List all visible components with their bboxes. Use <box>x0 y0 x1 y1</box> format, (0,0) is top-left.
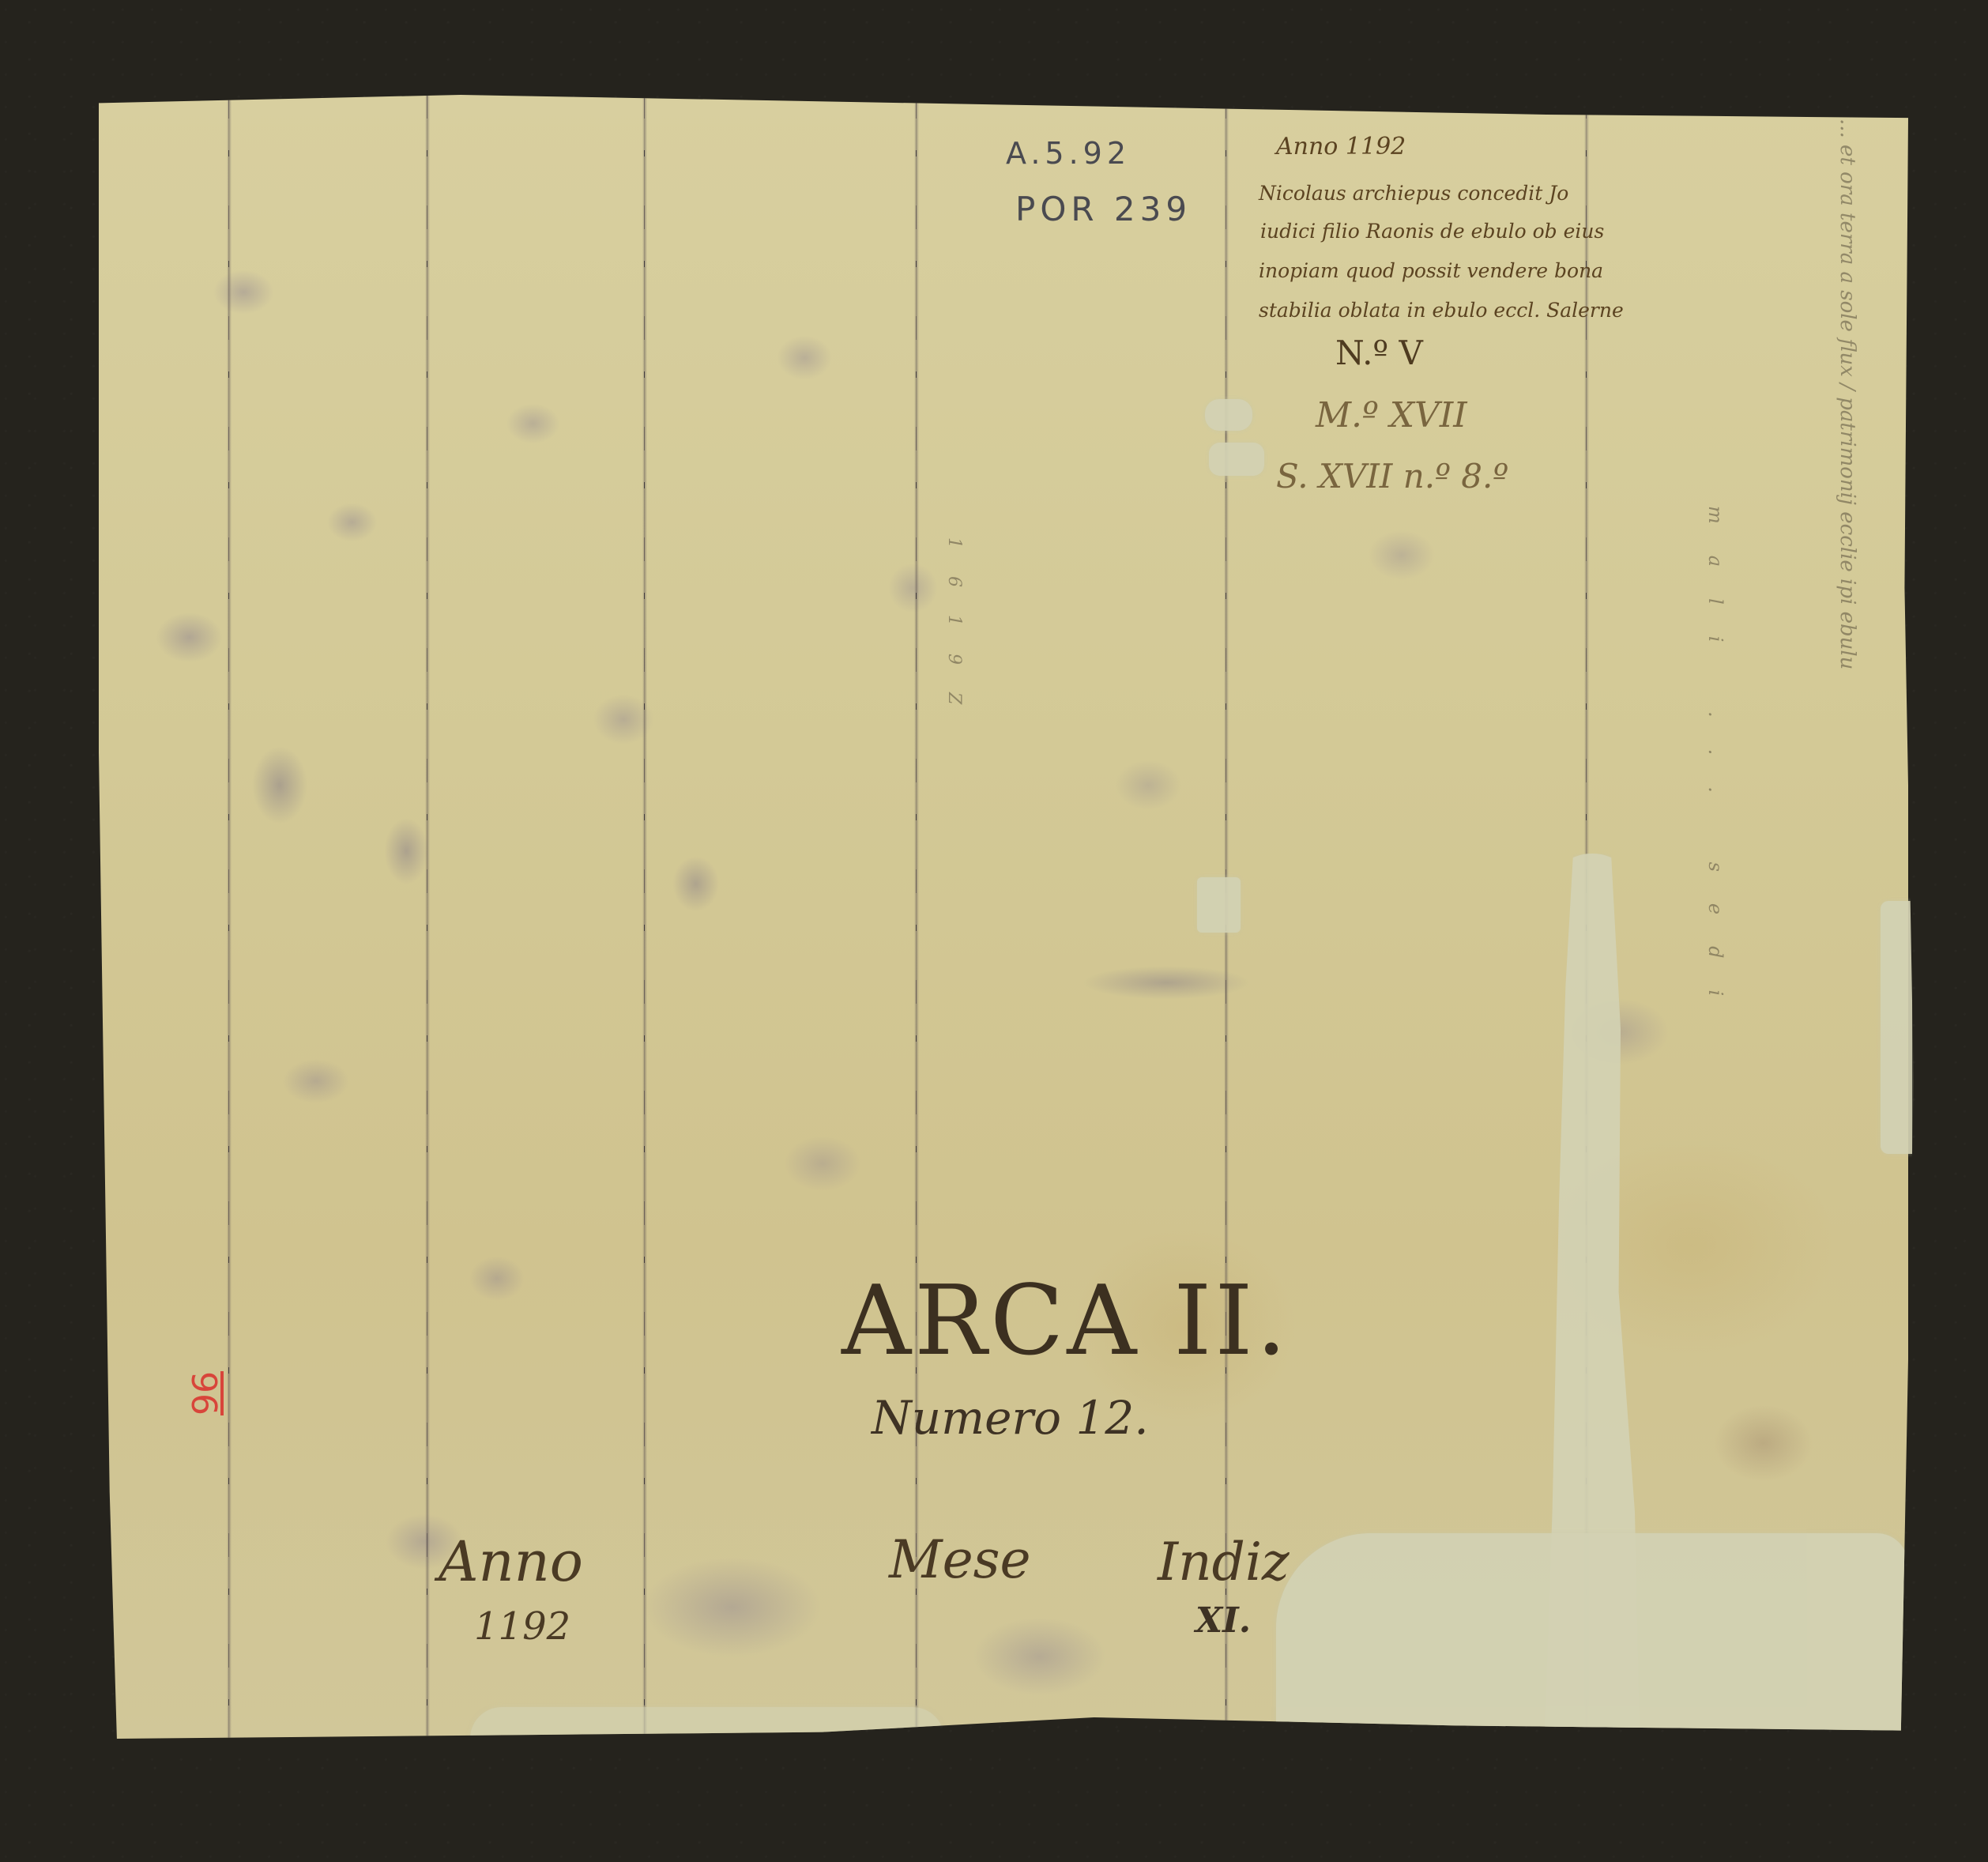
older-numbering-line2: S. XVII n.º 8.º <box>1276 457 1508 496</box>
shelfmark-line1: A.5.92 <box>1006 136 1131 171</box>
repair-patch <box>1209 443 1264 476</box>
parchment-sheet: A.5.92 POR 239 Anno 1192 Nicolaus archie… <box>99 95 1908 1739</box>
anno-label: Anno <box>439 1529 583 1594</box>
repair-patch <box>1197 877 1241 933</box>
regest-line: inopiam quod possit vendere bona <box>1259 259 1603 282</box>
regest-number: N.º V <box>1335 334 1423 372</box>
faint-marginal-right: ... et ora terra a sole flux / patrimoni… <box>1836 119 1859 669</box>
fold-line <box>227 95 232 1739</box>
regest-line: iudici filio Raonis de ebulo ob eius <box>1260 220 1604 243</box>
regest-line: Nicolaus archiepus concedit Jo <box>1259 182 1568 205</box>
shelfmark-line2: POR 239 <box>1015 190 1192 228</box>
faint-marginal-mid: mali ... sedi <box>1704 506 1726 1027</box>
indiz-value: XI. <box>1195 1600 1251 1641</box>
regest-year-heading: Anno 1192 <box>1276 133 1406 160</box>
repair-patch-bottom <box>1276 1533 1908 1739</box>
red-folio-number: 96 <box>186 1371 224 1415</box>
fold-line <box>425 95 430 1739</box>
anno-value: 1192 <box>474 1604 570 1649</box>
archive-numero-label: Numero 12. <box>872 1391 1149 1445</box>
archive-arca-label: ARCA II. <box>842 1265 1290 1377</box>
fold-line <box>914 95 919 1739</box>
repair-patch <box>1205 399 1252 431</box>
mese-label: Mese <box>889 1529 1031 1590</box>
older-numbering-line1: M.º XVII <box>1316 395 1467 435</box>
faint-center-marks: 1 6 1 9 Z <box>944 537 964 715</box>
indiz-label: Indiz <box>1158 1532 1290 1592</box>
fold-line <box>642 95 647 1739</box>
repair-patch-right-edge <box>1881 901 1912 1154</box>
regest-line: stabilia oblata in ebulo eccl. Salerne <box>1259 299 1624 322</box>
